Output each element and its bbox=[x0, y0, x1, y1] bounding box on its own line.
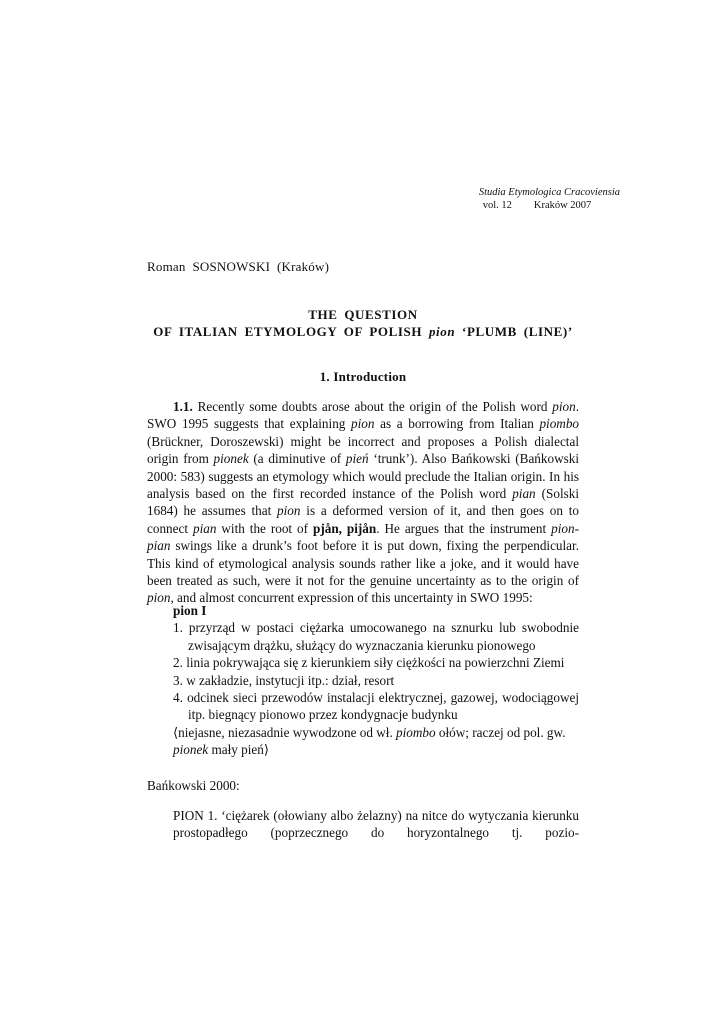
title-line-2-prefix: OF ITALIAN ETYMOLOGY OF POLISH bbox=[153, 324, 422, 339]
journal-header: Studia Etymologica Cracoviensia vol. 12K… bbox=[420, 186, 620, 212]
journal-place-year: Kraków 2007 bbox=[534, 199, 591, 212]
article-title: THE QUESTION OF ITALIAN ETYMOLOGY OF POL… bbox=[140, 306, 586, 340]
paragraph-number: 1.1. bbox=[173, 399, 193, 414]
source-label: Bańkowski 2000: bbox=[147, 778, 240, 794]
title-line-2: OF ITALIAN ETYMOLOGY OF POLISH pion ‘PLU… bbox=[140, 323, 586, 340]
entry-sense-1: 1. przyrząd w postaci ciężarka umocowane… bbox=[173, 619, 579, 654]
entry-sense-2: 2. linia pokrywająca się z kierunkiem si… bbox=[173, 654, 579, 671]
entry-sense-3: 3. w zakładzie, instytucji itp.: dział, … bbox=[173, 672, 579, 689]
title-line-1: THE QUESTION bbox=[140, 306, 586, 323]
dictionary-entry: pion I 1. przyrząd w postaci ciężarka um… bbox=[173, 602, 579, 759]
paragraph-1-1: 1.1. Recently some doubts arose about th… bbox=[147, 398, 579, 607]
entry-headword: pion I bbox=[173, 602, 579, 619]
journal-volume-line: vol. 12Kraków 2007 bbox=[420, 199, 620, 212]
quoted-entry: PION 1. ‘ciężarek (ołowiany albo żelazny… bbox=[173, 807, 579, 842]
paragraph-text: Recently some doubts arose about the ori… bbox=[147, 399, 579, 605]
section-heading: 1. Introduction bbox=[140, 369, 586, 385]
entry-etymology-note: ⟨niejasne, niezasadnie wywodzone od wł. … bbox=[173, 724, 579, 759]
entry-sense-4: 4. odcinek sieci przewodów instalacji el… bbox=[173, 689, 579, 724]
journal-volume: vol. 12 bbox=[483, 199, 512, 212]
journal-name: Studia Etymologica Cracoviensia bbox=[420, 186, 620, 199]
author-line: Roman SOSNOWSKI (Kraków) bbox=[147, 259, 329, 275]
title-line-2-suffix: ‘PLUMB (LINE)’ bbox=[462, 324, 573, 339]
title-line-2-italic: pion bbox=[429, 324, 455, 339]
